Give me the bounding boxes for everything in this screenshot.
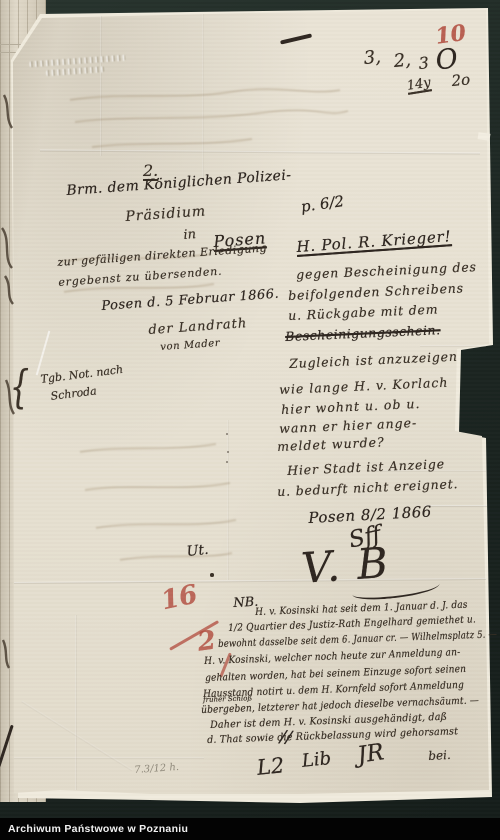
clerk-initials: Lib (301, 750, 332, 771)
archive-caption-bar: Archiwum Państwowe w Poznaniu (0, 818, 500, 840)
ink-speck (226, 461, 228, 463)
red-date-bottom: 2 (196, 627, 218, 655)
red-date-top: 16 (159, 581, 200, 614)
archive-name: Archiwum Państwowe w Poznaniu (8, 823, 188, 835)
ink-speck (227, 451, 229, 453)
address-line: in (183, 228, 196, 242)
ink-dot (210, 573, 214, 577)
clerk-initials: JR (356, 741, 385, 767)
fold-crease (100, 16, 102, 156)
fold-crease (227, 420, 229, 580)
embossed-stamp-line (46, 66, 104, 76)
fold-crease (75, 615, 77, 790)
fold-crease (202, 14, 204, 184)
margin-brace: { (10, 366, 29, 411)
corner-number: 3, (363, 49, 382, 68)
red-folio-number: 10 (434, 22, 467, 48)
corner-mark: 14y (406, 76, 432, 93)
check-slashes: // (279, 729, 292, 747)
corner-mark: 2o (451, 72, 471, 89)
nb-closing: bei. (428, 749, 451, 762)
torn-edge-nick (478, 132, 491, 141)
ut-mark: Ut. (186, 543, 209, 559)
corner-number: 2, (393, 52, 412, 71)
fold-crease (425, 505, 487, 507)
fold-crease (420, 345, 486, 347)
archival-document-scan: 3, 2, 3 O 10 2o 14y 2. Brm. dem Königlic… (0, 0, 500, 840)
ink-speck (226, 433, 228, 435)
embossed-stamp-line (29, 55, 125, 68)
corner-number: 3 (418, 55, 430, 72)
clerk-initials: L2 (256, 755, 285, 779)
